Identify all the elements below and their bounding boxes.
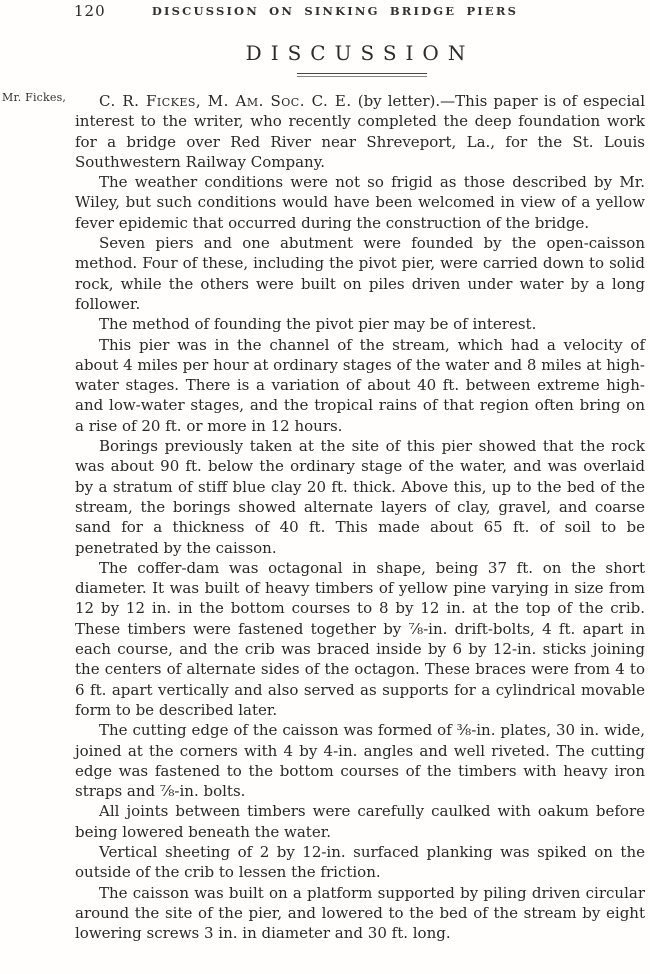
paragraph: Borings previously taken at the site of … [75, 436, 645, 558]
paragraph: The coffer-dam was octagonal in shape, b… [75, 558, 645, 720]
paragraph-attribution: C. R. Fickes, M. Am. Soc. C. E. (by lett… [75, 91, 645, 172]
running-head: DISCUSSION ON SINKING BRIDGE PIERS [40, 4, 630, 18]
section-title: DISCUSSION [75, 41, 645, 65]
scanned-document-page: 120 DISCUSSION ON SINKING BRIDGE PIERS D… [0, 0, 650, 974]
paragraph: The weather conditions were not so frigi… [75, 172, 645, 233]
paragraph: The method of founding the pivot pier ma… [75, 314, 645, 334]
paragraph: The caisson was built on a platform supp… [75, 883, 645, 944]
paragraph: Vertical sheeting of 2 by 12-in. surface… [75, 842, 645, 883]
paragraph: All joints between timbers were carefull… [75, 801, 645, 842]
paragraph: Seven piers and one abutment were founde… [75, 233, 645, 314]
author-attribution: C. R. Fickes, M. Am. Soc. C. E. [99, 92, 352, 110]
paragraph: The cutting edge of the caisson was form… [75, 720, 645, 801]
margin-note-speaker: Mr. Fickes, [2, 91, 66, 104]
title-divider-rule [297, 73, 427, 77]
body-text-column: C. R. Fickes, M. Am. Soc. C. E. (by lett… [75, 91, 645, 943]
paragraph: This pier was in the channel of the stre… [75, 335, 645, 436]
